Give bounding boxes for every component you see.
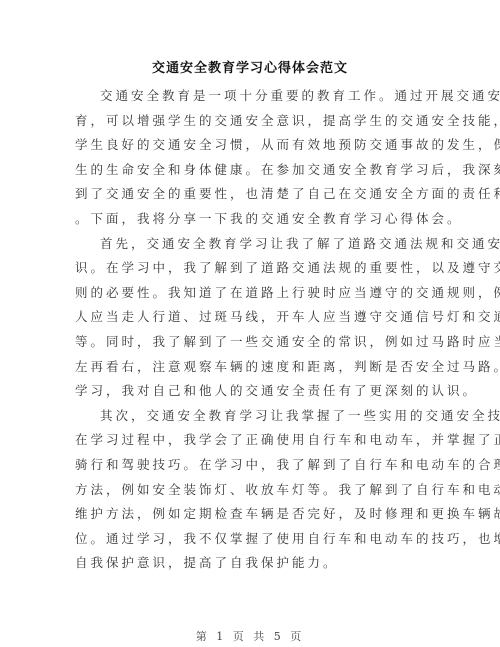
- text-line: 在学习过程中，我学会了正确使用自行车和电动车，并掌握了正确的: [75, 428, 421, 453]
- text-line: 左再看右，注意观察车辆的速度和距离，判断是否安全过马路。通过: [75, 355, 421, 380]
- text-line: 位。通过学习，我不仅掌握了使用自行车和电动车的技巧，也增强了: [75, 527, 421, 552]
- paragraph-first: 首先，交通安全教育学习让我了解了道路交通法规和交通安全常 识。在学习中，我了解到…: [75, 232, 421, 404]
- paragraph-second: 其次，交通安全教育学习让我掌握了一些实用的交通安全技能。 在学习过程中，我学会了…: [75, 404, 421, 576]
- text-line: 学习，我对自己和他人的交通安全责任有了更深刻的认识。: [75, 379, 421, 404]
- text-line: 识。在学习中，我了解到了道路交通法规的重要性，以及遵守交通规: [75, 256, 421, 281]
- text-line: 方法，例如安全装饰灯、收放车灯等。我了解到了自行车和电动车的: [75, 478, 421, 503]
- text-line: 其次，交通安全教育学习让我掌握了一些实用的交通安全技能。: [75, 404, 421, 429]
- text-line: 维护方法，例如定期检查车辆是否完好，及时修理和更换车辆故障部: [75, 502, 421, 527]
- text-line: 自我保护意识，提高了自我保护能力。: [75, 551, 421, 576]
- text-line: 生的生命安全和身体健康。在参加交通安全教育学习后，我深刻体会: [75, 158, 421, 183]
- page-number-footer: 第 1 页 共 5 页: [0, 630, 500, 644]
- document-title: 交通安全教育学习心得体会范文: [0, 60, 500, 78]
- document-page: 交通安全教育学习心得体会范文 交通安全教育是一项十分重要的教育工作。通过开展交通…: [0, 0, 500, 647]
- document-body: 交通安全教育是一项十分重要的教育工作。通过开展交通安全教 育，可以增强学生的交通…: [75, 84, 421, 576]
- text-line: 交通安全教育是一项十分重要的教育工作。通过开展交通安全教: [75, 84, 421, 109]
- text-line: 则的必要性。我知道了在道路上行驶时应当遵守的交通规则，例如行: [75, 281, 421, 306]
- text-line: 骑行和驾驶技巧。在学习中，我了解到了自行车和电动车的合理使用: [75, 453, 421, 478]
- text-line: 到了交通安全的重要性，也清楚了自己在交通安全方面的责任和义务: [75, 182, 421, 207]
- text-line: 育，可以增强学生的交通安全意识，提高学生的交通安全技能，培养: [75, 109, 421, 134]
- text-line: 学生良好的交通安全习惯，从而有效地预防交通事故的发生，保障学: [75, 133, 421, 158]
- text-line: 首先，交通安全教育学习让我了解了道路交通法规和交通安全常: [75, 232, 421, 257]
- text-line: 等。同时，我了解到了一些交通安全的常识，例如过马路时应当先看: [75, 330, 421, 355]
- paragraph-intro: 交通安全教育是一项十分重要的教育工作。通过开展交通安全教 育，可以增强学生的交通…: [75, 84, 421, 232]
- text-line: 。下面，我将分享一下我的交通安全教育学习心得体会。: [75, 207, 421, 232]
- text-line: 人应当走人行道、过斑马线，开车人应当遵守交通信号灯和交通标志: [75, 305, 421, 330]
